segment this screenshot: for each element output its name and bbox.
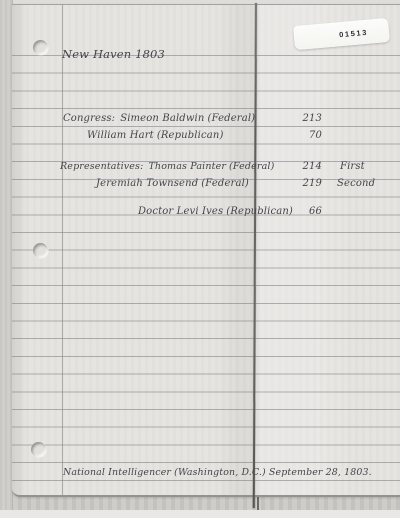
party-label: (Republican) bbox=[226, 206, 293, 217]
margin-line bbox=[62, 5, 63, 495]
party-label: (Federal) bbox=[208, 113, 256, 124]
catalog-number: 01513 bbox=[315, 27, 368, 41]
vote-count: 70 bbox=[288, 130, 322, 142]
record-row: Representatives:Thomas Painter(Federal) bbox=[60, 161, 274, 173]
note-title: New Haven 1803 bbox=[62, 48, 165, 60]
vote-count: 66 bbox=[288, 206, 322, 218]
source-citation: National Intelligencer (Washington, D.C.… bbox=[63, 467, 372, 479]
hole-punch-bottom bbox=[31, 442, 46, 457]
hole-punch-middle bbox=[33, 243, 48, 258]
candidate-name: Simeon Baldwin bbox=[120, 113, 204, 124]
party-label: (Republican) bbox=[157, 130, 224, 141]
record-row: Congress:Simeon Baldwin(Federal) bbox=[63, 113, 255, 125]
scanned-document: 01513 New Haven 1803 Congress:Simeon Bal… bbox=[0, 0, 400, 518]
office-label: Congress: bbox=[63, 113, 115, 124]
record-row: Jeremiah Townsend(Federal) bbox=[96, 178, 249, 190]
vote-count: 214 bbox=[288, 161, 322, 173]
vote-count: 219 bbox=[288, 178, 322, 190]
party-label: (Federal) bbox=[229, 161, 274, 172]
scanner-bottom-edge bbox=[0, 510, 400, 518]
candidate-name: Jeremiah Townsend bbox=[96, 178, 198, 189]
candidate-name: William Hart bbox=[87, 130, 154, 141]
vote-count: 213 bbox=[288, 113, 322, 125]
notebook-page: 01513 New Haven 1803 Congress:Simeon Bal… bbox=[12, 4, 400, 497]
hole-punch-top bbox=[33, 40, 48, 55]
record-row: Doctor Levi Ives(Republican) bbox=[138, 206, 293, 218]
candidate-name: Thomas Painter bbox=[148, 161, 226, 172]
catalog-sticker: 01513 bbox=[293, 18, 390, 50]
party-label: (Federal) bbox=[201, 178, 249, 189]
office-label: Representatives: bbox=[60, 161, 143, 172]
rank-label: First bbox=[340, 161, 365, 173]
candidate-name: Doctor Levi Ives bbox=[138, 206, 223, 217]
record-row: William Hart(Republican) bbox=[87, 130, 224, 142]
rank-label: Second bbox=[337, 178, 375, 190]
